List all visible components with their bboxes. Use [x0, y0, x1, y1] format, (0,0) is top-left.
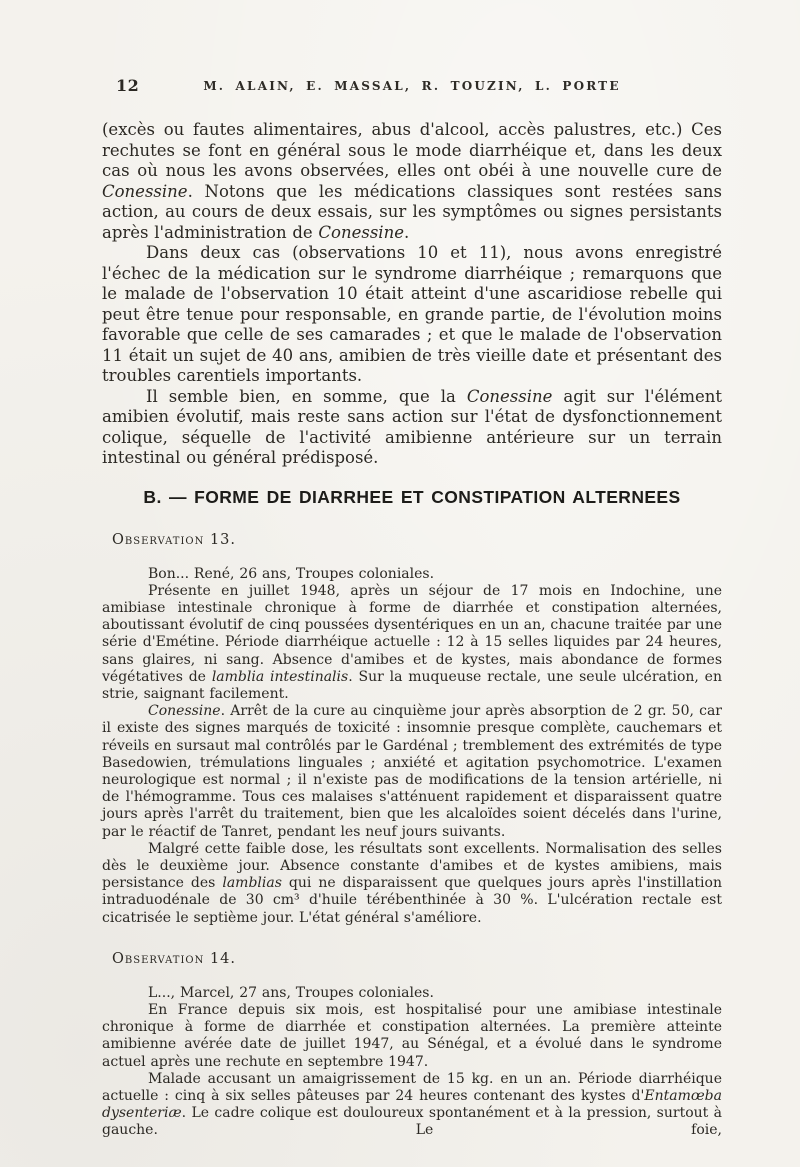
italic-term: lamblias [222, 875, 282, 891]
paragraph: Bon... René, 26 ans, Troupes coloniales. [102, 566, 722, 583]
observation-label: Observation 13. [112, 532, 722, 548]
paragraph: Présente en juillet 1948, après un séjou… [102, 583, 722, 703]
paragraph: Conessine. Arrêt de la cure au cinquième… [102, 703, 722, 841]
paragraph: Dans deux cas (observations 10 et 11), n… [102, 243, 722, 387]
running-head-authors: M. ALAIN, E. MASSAL, R. TOUZIN, L. PORTE [102, 79, 722, 93]
paragraph: Malgré cette faible dose, les résultats … [102, 841, 722, 927]
italic-term: Conessine [102, 182, 188, 201]
paragraph: En France depuis six mois, est hospitali… [102, 1002, 722, 1071]
italic-term: Conessine [318, 223, 404, 242]
observation-section: Observation 14.L..., Marcel, 27 ans, Tro… [102, 951, 722, 1140]
paragraph: Il semble bien, en somme, que la Conessi… [102, 387, 722, 469]
paragraph: (excès ou fautes alimentaires, abus d'al… [102, 120, 722, 243]
scanned-page: 12 M. ALAIN, E. MASSAL, R. TOUZIN, L. PO… [0, 0, 800, 1167]
paragraph: L..., Marcel, 27 ans, Troupes coloniales… [102, 985, 722, 1002]
italic-term: Conessine [148, 703, 221, 719]
italic-term: lamblia intestinalis [212, 669, 348, 685]
observation-section: Observation 13.Bon... René, 26 ans, Trou… [102, 532, 722, 927]
intro-paragraphs: (excès ou fautes alimentaires, abus d'al… [102, 120, 722, 469]
italic-term: Conessine [467, 387, 553, 406]
observations: Observation 13.Bon... René, 26 ans, Trou… [102, 532, 722, 1140]
running-header: 12 M. ALAIN, E. MASSAL, R. TOUZIN, L. PO… [102, 76, 722, 96]
text-column: 12 M. ALAIN, E. MASSAL, R. TOUZIN, L. PO… [102, 76, 722, 1140]
section-heading: B. — FORME DE DIARRHEE ET CONSTIPATION A… [102, 487, 722, 508]
italic-term: Entamœba dysenteriæ [102, 1088, 722, 1121]
paragraph: Malade accusant un amaigrissement de 15 … [102, 1071, 722, 1140]
observation-label: Observation 14. [112, 951, 722, 967]
